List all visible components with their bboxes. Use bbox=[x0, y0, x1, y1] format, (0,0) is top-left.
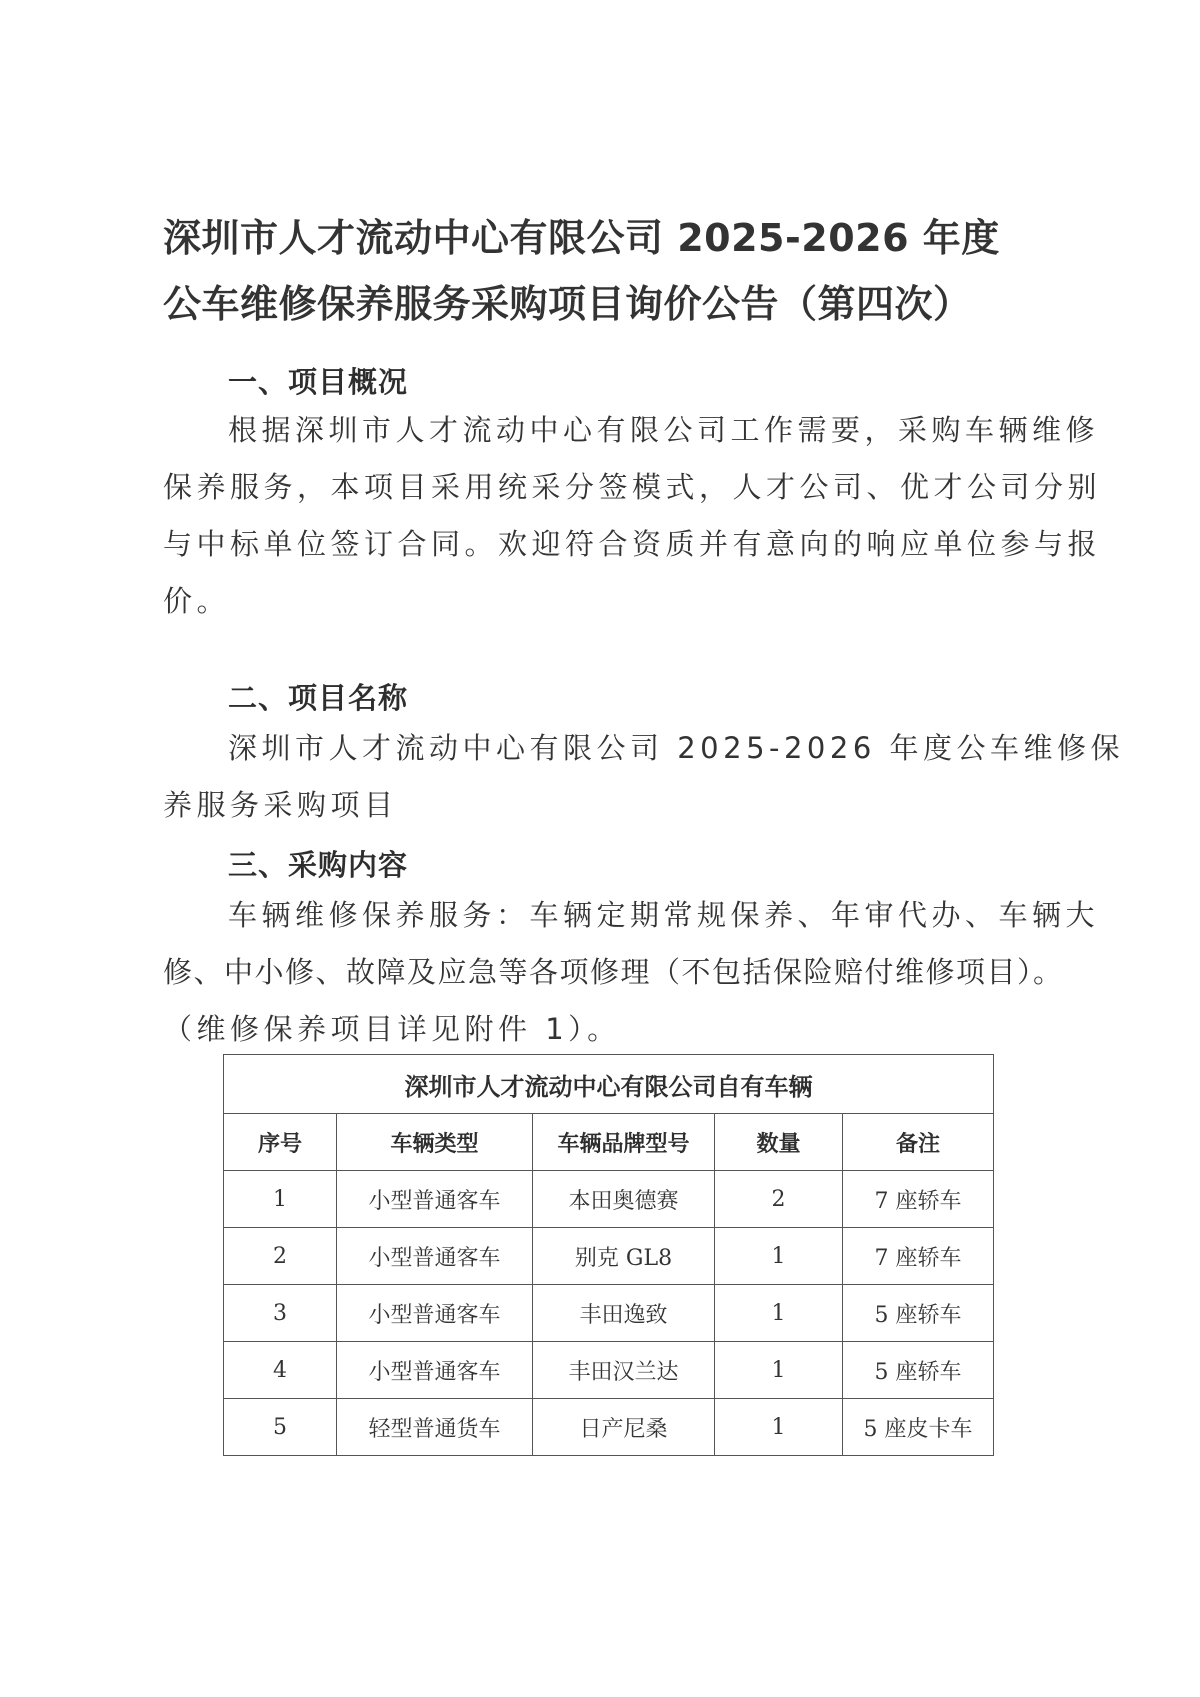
paragraph-line: 车辆维修保养服务：车辆定期常规保养、年审代办、车辆大 bbox=[163, 887, 1063, 944]
section-body-project-name: 深圳市人才流动中心有限公司 2025-2026 年度公车维修保 养服务采购项目 bbox=[163, 720, 1063, 834]
document-title: 深圳市人才流动中心有限公司 2025-2026 年度 公车维修保养服务采购项目询… bbox=[163, 205, 1063, 337]
cell-brand-model: 丰田汉兰达 bbox=[533, 1342, 715, 1399]
table-row: 1 小型普通客车 本田奥德赛 2 7 座轿车 bbox=[224, 1171, 994, 1228]
cell-remarks: 5 座轿车 bbox=[843, 1342, 994, 1399]
paragraph-line: 修、中小修、故障及应急等各项修理（不包括保险赔付维修项目）。 bbox=[163, 944, 1063, 1001]
table-caption-row: 深圳市人才流动中心有限公司自有车辆 bbox=[224, 1055, 994, 1114]
cell-remarks: 7 座轿车 bbox=[843, 1171, 994, 1228]
section-heading-project-name: 二、项目名称 bbox=[228, 676, 408, 717]
paragraph-line: 养服务采购项目 bbox=[163, 777, 1063, 834]
table-caption: 深圳市人才流动中心有限公司自有车辆 bbox=[224, 1055, 994, 1114]
paragraph-line: 根据深圳市人才流动中心有限公司工作需要，采购车辆维修 bbox=[163, 402, 1063, 459]
column-header-remarks: 备注 bbox=[843, 1114, 994, 1171]
cell-index: 1 bbox=[224, 1171, 337, 1228]
cell-quantity: 2 bbox=[715, 1171, 843, 1228]
cell-vehicle-type: 小型普通客车 bbox=[337, 1285, 533, 1342]
cell-remarks: 7 座轿车 bbox=[843, 1228, 994, 1285]
cell-remarks: 5 座轿车 bbox=[843, 1285, 994, 1342]
column-header-brand-model: 车辆品牌型号 bbox=[533, 1114, 715, 1171]
vehicle-table: 深圳市人才流动中心有限公司自有车辆 序号 车辆类型 车辆品牌型号 数量 备注 1… bbox=[223, 1054, 994, 1456]
table-row: 2 小型普通客车 别克 GL8 1 7 座轿车 bbox=[224, 1228, 994, 1285]
title-line-1: 深圳市人才流动中心有限公司 2025-2026 年度 bbox=[163, 205, 1063, 271]
table-row: 4 小型普通客车 丰田汉兰达 1 5 座轿车 bbox=[224, 1342, 994, 1399]
cell-index: 4 bbox=[224, 1342, 337, 1399]
cell-brand-model: 别克 GL8 bbox=[533, 1228, 715, 1285]
paragraph-line: 与中标单位签订合同。欢迎符合资质并有意向的响应单位参与报 bbox=[163, 516, 1063, 573]
cell-index: 5 bbox=[224, 1399, 337, 1456]
column-header-quantity: 数量 bbox=[715, 1114, 843, 1171]
cell-brand-model: 日产尼桑 bbox=[533, 1399, 715, 1456]
column-header-vehicle-type: 车辆类型 bbox=[337, 1114, 533, 1171]
cell-vehicle-type: 小型普通客车 bbox=[337, 1171, 533, 1228]
cell-brand-model: 丰田逸致 bbox=[533, 1285, 715, 1342]
cell-brand-model: 本田奥德赛 bbox=[533, 1171, 715, 1228]
paragraph-line: 保养服务，本项目采用统采分签模式，人才公司、优才公司分别 bbox=[163, 459, 1063, 516]
table-header-row: 序号 车辆类型 车辆品牌型号 数量 备注 bbox=[224, 1114, 994, 1171]
title-line-2: 公车维修保养服务采购项目询价公告（第四次） bbox=[163, 271, 1063, 337]
cell-quantity: 1 bbox=[715, 1399, 843, 1456]
paragraph-line: 深圳市人才流动中心有限公司 2025-2026 年度公车维修保 bbox=[163, 720, 1063, 777]
cell-index: 2 bbox=[224, 1228, 337, 1285]
section-body-procurement-content: 车辆维修保养服务：车辆定期常规保养、年审代办、车辆大 修、中小修、故障及应急等各… bbox=[163, 887, 1063, 1058]
document-page: 深圳市人才流动中心有限公司 2025-2026 年度 公车维修保养服务采购项目询… bbox=[0, 0, 1200, 1697]
section-body-overview: 根据深圳市人才流动中心有限公司工作需要，采购车辆维修 保养服务，本项目采用统采分… bbox=[163, 402, 1063, 630]
paragraph-line: （维修保养项目详见附件 1）。 bbox=[163, 1001, 1063, 1058]
section-heading-procurement-content: 三、采购内容 bbox=[228, 843, 408, 884]
section-heading-overview: 一、项目概况 bbox=[228, 360, 408, 401]
cell-quantity: 1 bbox=[715, 1285, 843, 1342]
cell-quantity: 1 bbox=[715, 1228, 843, 1285]
table-row: 5 轻型普通货车 日产尼桑 1 5 座皮卡车 bbox=[224, 1399, 994, 1456]
cell-vehicle-type: 小型普通客车 bbox=[337, 1228, 533, 1285]
cell-remarks: 5 座皮卡车 bbox=[843, 1399, 994, 1456]
cell-quantity: 1 bbox=[715, 1342, 843, 1399]
table-row: 3 小型普通客车 丰田逸致 1 5 座轿车 bbox=[224, 1285, 994, 1342]
cell-vehicle-type: 轻型普通货车 bbox=[337, 1399, 533, 1456]
paragraph-line: 价。 bbox=[163, 573, 1063, 630]
cell-vehicle-type: 小型普通客车 bbox=[337, 1342, 533, 1399]
cell-index: 3 bbox=[224, 1285, 337, 1342]
column-header-index: 序号 bbox=[224, 1114, 337, 1171]
